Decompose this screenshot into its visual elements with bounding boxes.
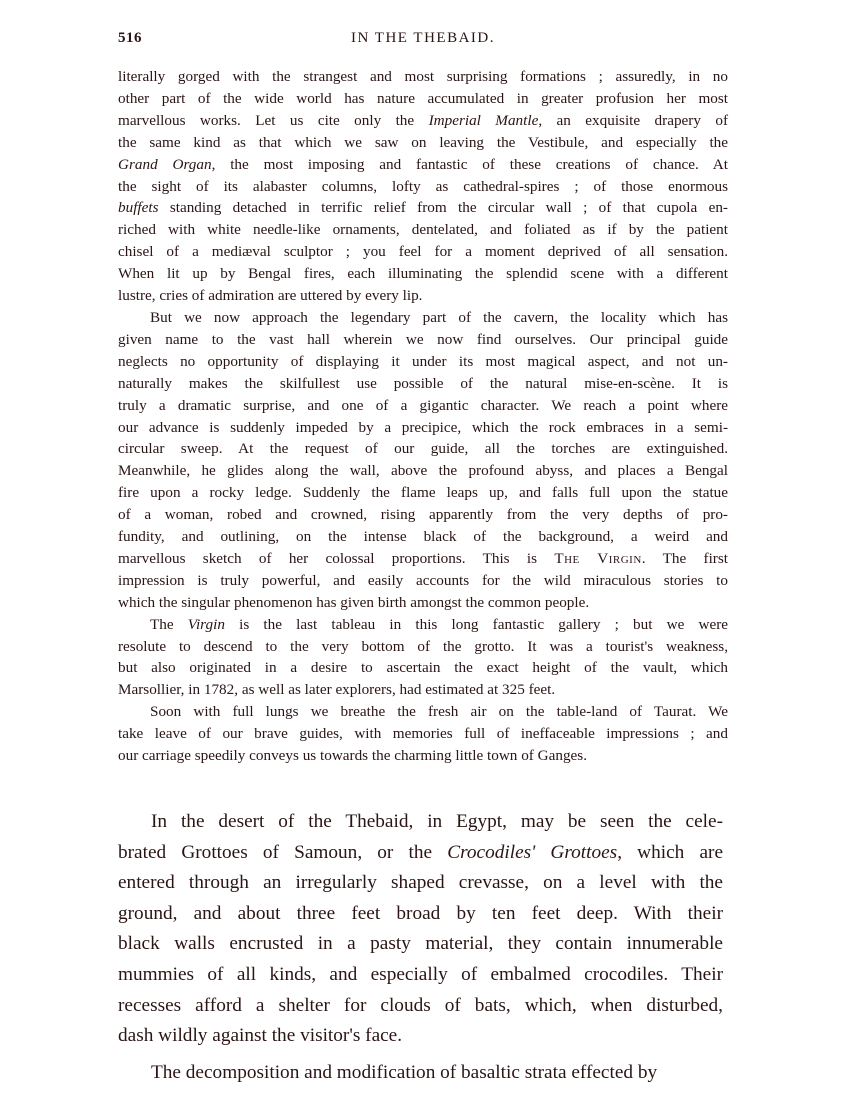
- small-caps-term: The Virgin: [554, 550, 641, 567]
- text-line: but also originated in a desire to ascer…: [118, 657, 728, 679]
- section-caverns-text: literally gorged with the strangest and …: [118, 66, 728, 767]
- text-line: our advance is suddenly impeded by a pre…: [118, 417, 728, 439]
- paragraph: In the desert of the Thebaid, in Egypt, …: [118, 807, 723, 1052]
- text-line: The Virgin is the last tableau in this l…: [118, 614, 728, 636]
- text-line: mummies of all kinds, and especially of …: [118, 960, 723, 991]
- text-line: fundity, and outlining, on the intense b…: [118, 526, 728, 548]
- text-line: the sight of its alabaster columns, loft…: [118, 176, 728, 198]
- text-line: entered through an irregularly shaped cr…: [118, 868, 723, 899]
- text-line: resolute to descend to the very bottom o…: [118, 636, 728, 658]
- paragraph: literally gorged with the strangest and …: [118, 66, 728, 307]
- text-line: ground, and about three feet broad by te…: [118, 899, 723, 930]
- text-line: marvellous sketch of her colossal propor…: [118, 548, 728, 570]
- text-line: of a woman, robed and crowned, rising ap…: [118, 504, 728, 526]
- text-line: our carriage speedily conveys us towards…: [118, 745, 728, 767]
- text-line: literally gorged with the strangest and …: [118, 66, 728, 88]
- paragraph: The decomposition and modification of ba…: [118, 1058, 723, 1089]
- text-line: take leave of our brave guides, with mem…: [118, 723, 728, 745]
- text-line: When lit up by Bengal fires, each illumi…: [118, 263, 728, 285]
- text-line: impression is truly powerful, and easily…: [118, 570, 728, 592]
- italic-term: buffets: [118, 199, 159, 216]
- text-line: circular sweep. At the request of our gu…: [118, 438, 728, 460]
- text-line: Grand Organ, the most imposing and fanta…: [118, 154, 728, 176]
- paragraph: But we now approach the legendary part o…: [118, 307, 728, 614]
- text-line: recesses afford a shelter for clouds of …: [118, 991, 723, 1022]
- text-line: riched with white needle-like ornaments,…: [118, 219, 728, 241]
- text-line: fire upon a rocky ledge. Suddenly the fl…: [118, 482, 728, 504]
- text-line: The decomposition and modification of ba…: [118, 1058, 723, 1089]
- text-line: brated Grottoes of Samoun, or the Crocod…: [118, 838, 723, 869]
- text-line: In the desert of the Thebaid, in Egypt, …: [118, 807, 723, 838]
- italic-term: Grand Organ: [118, 156, 212, 173]
- running-title: IN THE THEBAID.: [118, 30, 728, 47]
- text-line: buffets standing detached in terrific re…: [118, 197, 728, 219]
- text-line: the same kind as that which we saw on le…: [118, 132, 728, 154]
- text-line: dash wildly against the visitor's face.: [118, 1021, 723, 1052]
- italic-term: Imperial Mantle: [429, 112, 539, 129]
- text-line: Meanwhile, he glides along the wall, abo…: [118, 460, 728, 482]
- text-line: But we now approach the legendary part o…: [118, 307, 728, 329]
- text-line: other part of the wide world has nature …: [118, 88, 728, 110]
- text-line: neglects no opportunity of displaying it…: [118, 351, 728, 373]
- italic-term: Crocodiles' Grottoes: [447, 842, 617, 863]
- text-line: lustre, cries of admiration are uttered …: [118, 285, 728, 307]
- text-line: marvellous works. Let us cite only the I…: [118, 110, 728, 132]
- page-header: 516 IN THE THEBAID.: [118, 30, 728, 52]
- text-line: naturally makes the skilfullest use poss…: [118, 373, 728, 395]
- text-line: black walls encrusted in a pasty materia…: [118, 929, 723, 960]
- text-line: chisel of a mediæval sculptor ; you feel…: [118, 241, 728, 263]
- text-line: Marsollier, in 1782, as well as later ex…: [118, 679, 728, 701]
- text-line: truly a dramatic surprise, and one of a …: [118, 395, 728, 417]
- text-line: Soon with full lungs we breathe the fres…: [118, 701, 728, 723]
- paragraph: The Virgin is the last tableau in this l…: [118, 614, 728, 702]
- text-line: which the singular phenomenon has given …: [118, 592, 728, 614]
- text-line: given name to the vast hall wherein we n…: [118, 329, 728, 351]
- section-thebaid-text: In the desert of the Thebaid, in Egypt, …: [118, 807, 723, 1088]
- italic-term: Virgin: [188, 616, 225, 633]
- paragraph: Soon with full lungs we breathe the fres…: [118, 701, 728, 767]
